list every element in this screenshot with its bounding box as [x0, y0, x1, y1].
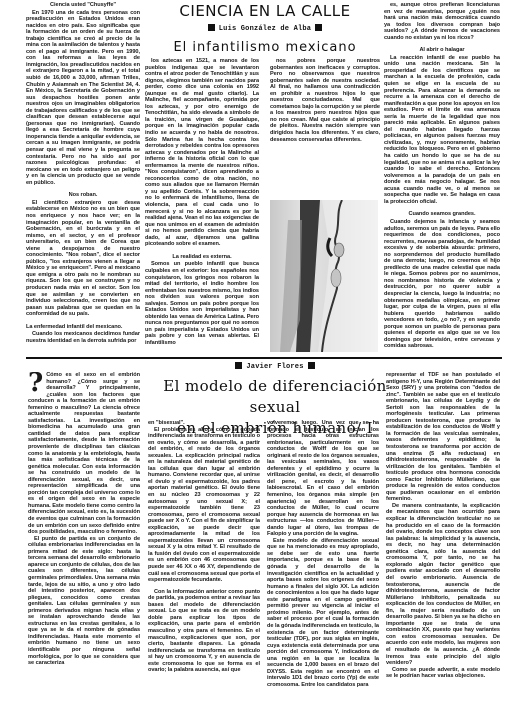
photo-figure-image — [270, 200, 378, 352]
paragraph: es, aunque otros prefieran licenciaturas… — [384, 2, 500, 41]
dropcap-question-mark: ? — [28, 373, 43, 393]
article1-middle-column: los aztecas en 1521, a manos de los pueb… — [145, 58, 259, 352]
paragraph: representar el TDF se han postulado el a… — [386, 372, 500, 503]
article2-column-3: volveremos luego. Una vez que se ha form… — [267, 420, 379, 712]
paragraph: En 1970 una de cada tres personas con pr… — [26, 10, 140, 187]
paragraph: Como se puede advertir, a este modelo se… — [386, 667, 500, 680]
article1-left-subhead: Ciencia usted "Chusyffe" — [26, 2, 140, 9]
paragraph: El científico extranjero que desea estab… — [26, 200, 140, 318]
author-name: Javier Flores — [246, 363, 303, 371]
paragraph: los aztecas en 1521, a manos de los pueb… — [145, 58, 259, 248]
article1-subhead-nos-roban: Nos roban. — [26, 192, 140, 199]
article2-column-2: en "bisexual". El problema es ahora cómo… — [148, 420, 260, 712]
paragraph: De manera contrastante, la explicación d… — [386, 503, 500, 667]
headline-line-1: El modelo de diferenciación sexual — [150, 376, 400, 418]
article1-subhead-abrir: Al abrir o halagar — [384, 47, 500, 54]
article1-subhead-grandes: Cuando seamos grandes. — [384, 211, 500, 218]
paragraph: Este modelo de diferenciación sexual que… — [267, 538, 379, 689]
article2-column-4: representar el TDF se han postulado el a… — [386, 372, 500, 712]
article1-photo — [270, 200, 378, 352]
byline-square-right-icon — [308, 362, 315, 369]
byline-article1: Luis González de Alba — [140, 24, 390, 33]
paragraph: volveremos luego. Una vez que se ha form… — [267, 420, 379, 538]
paragraph: El punto de partida es un conjunto de cé… — [28, 536, 140, 667]
byline-square-left-icon — [208, 24, 215, 31]
byline-article2: Javier Flores — [150, 362, 400, 371]
byline-square-left-icon — [235, 362, 242, 369]
article1-subhead-realidad: La realidad es externa. — [145, 254, 259, 261]
author-name: Luis González de Alba — [219, 25, 311, 33]
paragraph: Cómo es el sexo en el embrión humano? ¿C… — [28, 372, 140, 536]
paragraph: Cuando los mexicanos decidimos fundar nu… — [26, 331, 140, 344]
section-title: CIENCIA EN LA CALLE — [140, 2, 390, 20]
paragraph: El problema es ahora cómo la gónada indi… — [148, 427, 260, 584]
byline-square-right-icon — [315, 24, 322, 31]
section-divider — [26, 357, 502, 359]
paragraph: Cuando dejemos la infancia y seamos adul… — [384, 219, 500, 350]
paragraph: La reacción infantil de ese pueblo ha un… — [384, 55, 500, 206]
article1-headline: El infantilismo mexicano — [140, 40, 390, 55]
article2-column-1: ? Cómo es el sexo en el embrión humano? … — [28, 372, 140, 712]
article1-left-column: Ciencia usted "Chusyffe" En 1970 una de … — [26, 2, 140, 350]
paragraph: Con la información anterior como punto d… — [148, 589, 260, 674]
article1-right-column: es, aunque otros prefieran licenciaturas… — [384, 2, 500, 350]
paragraph: nos pobres porque nuestros gobernantes s… — [270, 58, 380, 143]
article1-middle-right-column: nos pobres porque nuestros gobernantes s… — [270, 58, 380, 194]
paragraph: Somos un pueblo infantil que busca culpa… — [145, 261, 259, 346]
article1-subhead-enfermedad: La enfermedad infantil del mexicano. — [26, 324, 140, 331]
